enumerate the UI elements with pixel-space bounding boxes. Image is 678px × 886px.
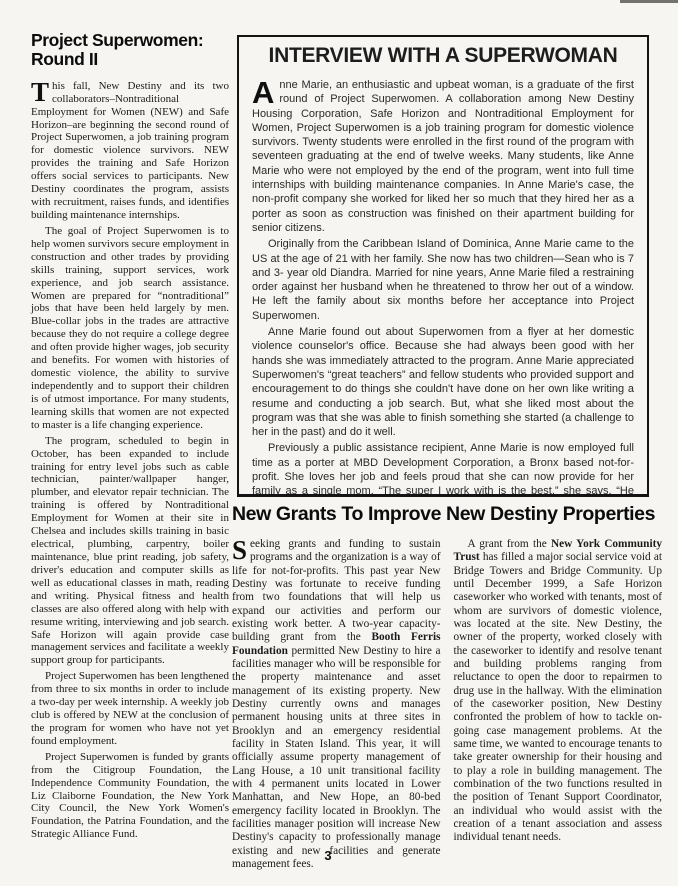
paragraph: Project Superwomen is funded by grants f… bbox=[31, 751, 229, 841]
paragraph-text: nne Marie, an enthusiastic and upbeat wo… bbox=[252, 79, 634, 234]
interview-box: INTERVIEW WITH A SUPERWOMAN Anne Marie, … bbox=[237, 35, 649, 497]
grants-column-1: Seeking grants and funding to sustain pr… bbox=[232, 538, 441, 871]
paragraph: Anne Marie found out about Superwomen fr… bbox=[252, 325, 634, 439]
drop-cap: A bbox=[252, 80, 274, 105]
paragraph: The goal of Project Superwomen is to hel… bbox=[31, 225, 229, 432]
paragraph: Project Superwomen has been lengthened f… bbox=[31, 670, 229, 748]
article-title-line1: Project Superwomen: bbox=[31, 30, 203, 50]
paragraph-text: A grant from the bbox=[468, 538, 552, 550]
grants-title: New Grants To Improve New Destiny Proper… bbox=[232, 503, 662, 526]
article-title-line2: Round II bbox=[31, 49, 98, 69]
article-project-superwomen: Project Superwomen: Round II This fall, … bbox=[31, 31, 229, 844]
article-new-grants: New Grants To Improve New Destiny Proper… bbox=[232, 503, 662, 871]
paragraph: Previously a public assistance recipient… bbox=[252, 441, 634, 497]
grants-column-2: A grant from the New York Community Trus… bbox=[454, 538, 663, 871]
article-title: Project Superwomen: Round II bbox=[31, 31, 229, 69]
grants-columns: Seeking grants and funding to sustain pr… bbox=[232, 538, 662, 871]
drop-cap: S bbox=[232, 540, 247, 561]
paragraph: A grant from the New York Community Trus… bbox=[454, 538, 663, 845]
paragraph: Anne Marie, an enthusiastic and upbeat w… bbox=[252, 78, 634, 235]
drop-cap: T bbox=[31, 82, 49, 103]
paragraph: This fall, New Destiny and its two colla… bbox=[31, 80, 229, 222]
newsletter-page: Project Superwomen: Round II This fall, … bbox=[0, 0, 678, 886]
paragraph: Originally from the Caribbean Island of … bbox=[252, 237, 634, 323]
paragraph-text: has filled a major social service void a… bbox=[454, 551, 663, 843]
paragraph: The program, scheduled to begin in Octob… bbox=[31, 435, 229, 668]
paragraph-text: eeking grants and funding to sustain pro… bbox=[232, 538, 441, 643]
interview-title: INTERVIEW WITH A SUPERWOMAN bbox=[252, 44, 634, 68]
scan-artifact-top bbox=[620, 0, 678, 3]
page-number: 3 bbox=[0, 848, 656, 863]
paragraph-text: his fall, New Destiny and its two collab… bbox=[31, 80, 229, 221]
paragraph-text: permitted New Destiny to hire a faciliti… bbox=[232, 645, 441, 870]
paragraph: Seeking grants and funding to sustain pr… bbox=[232, 538, 441, 871]
